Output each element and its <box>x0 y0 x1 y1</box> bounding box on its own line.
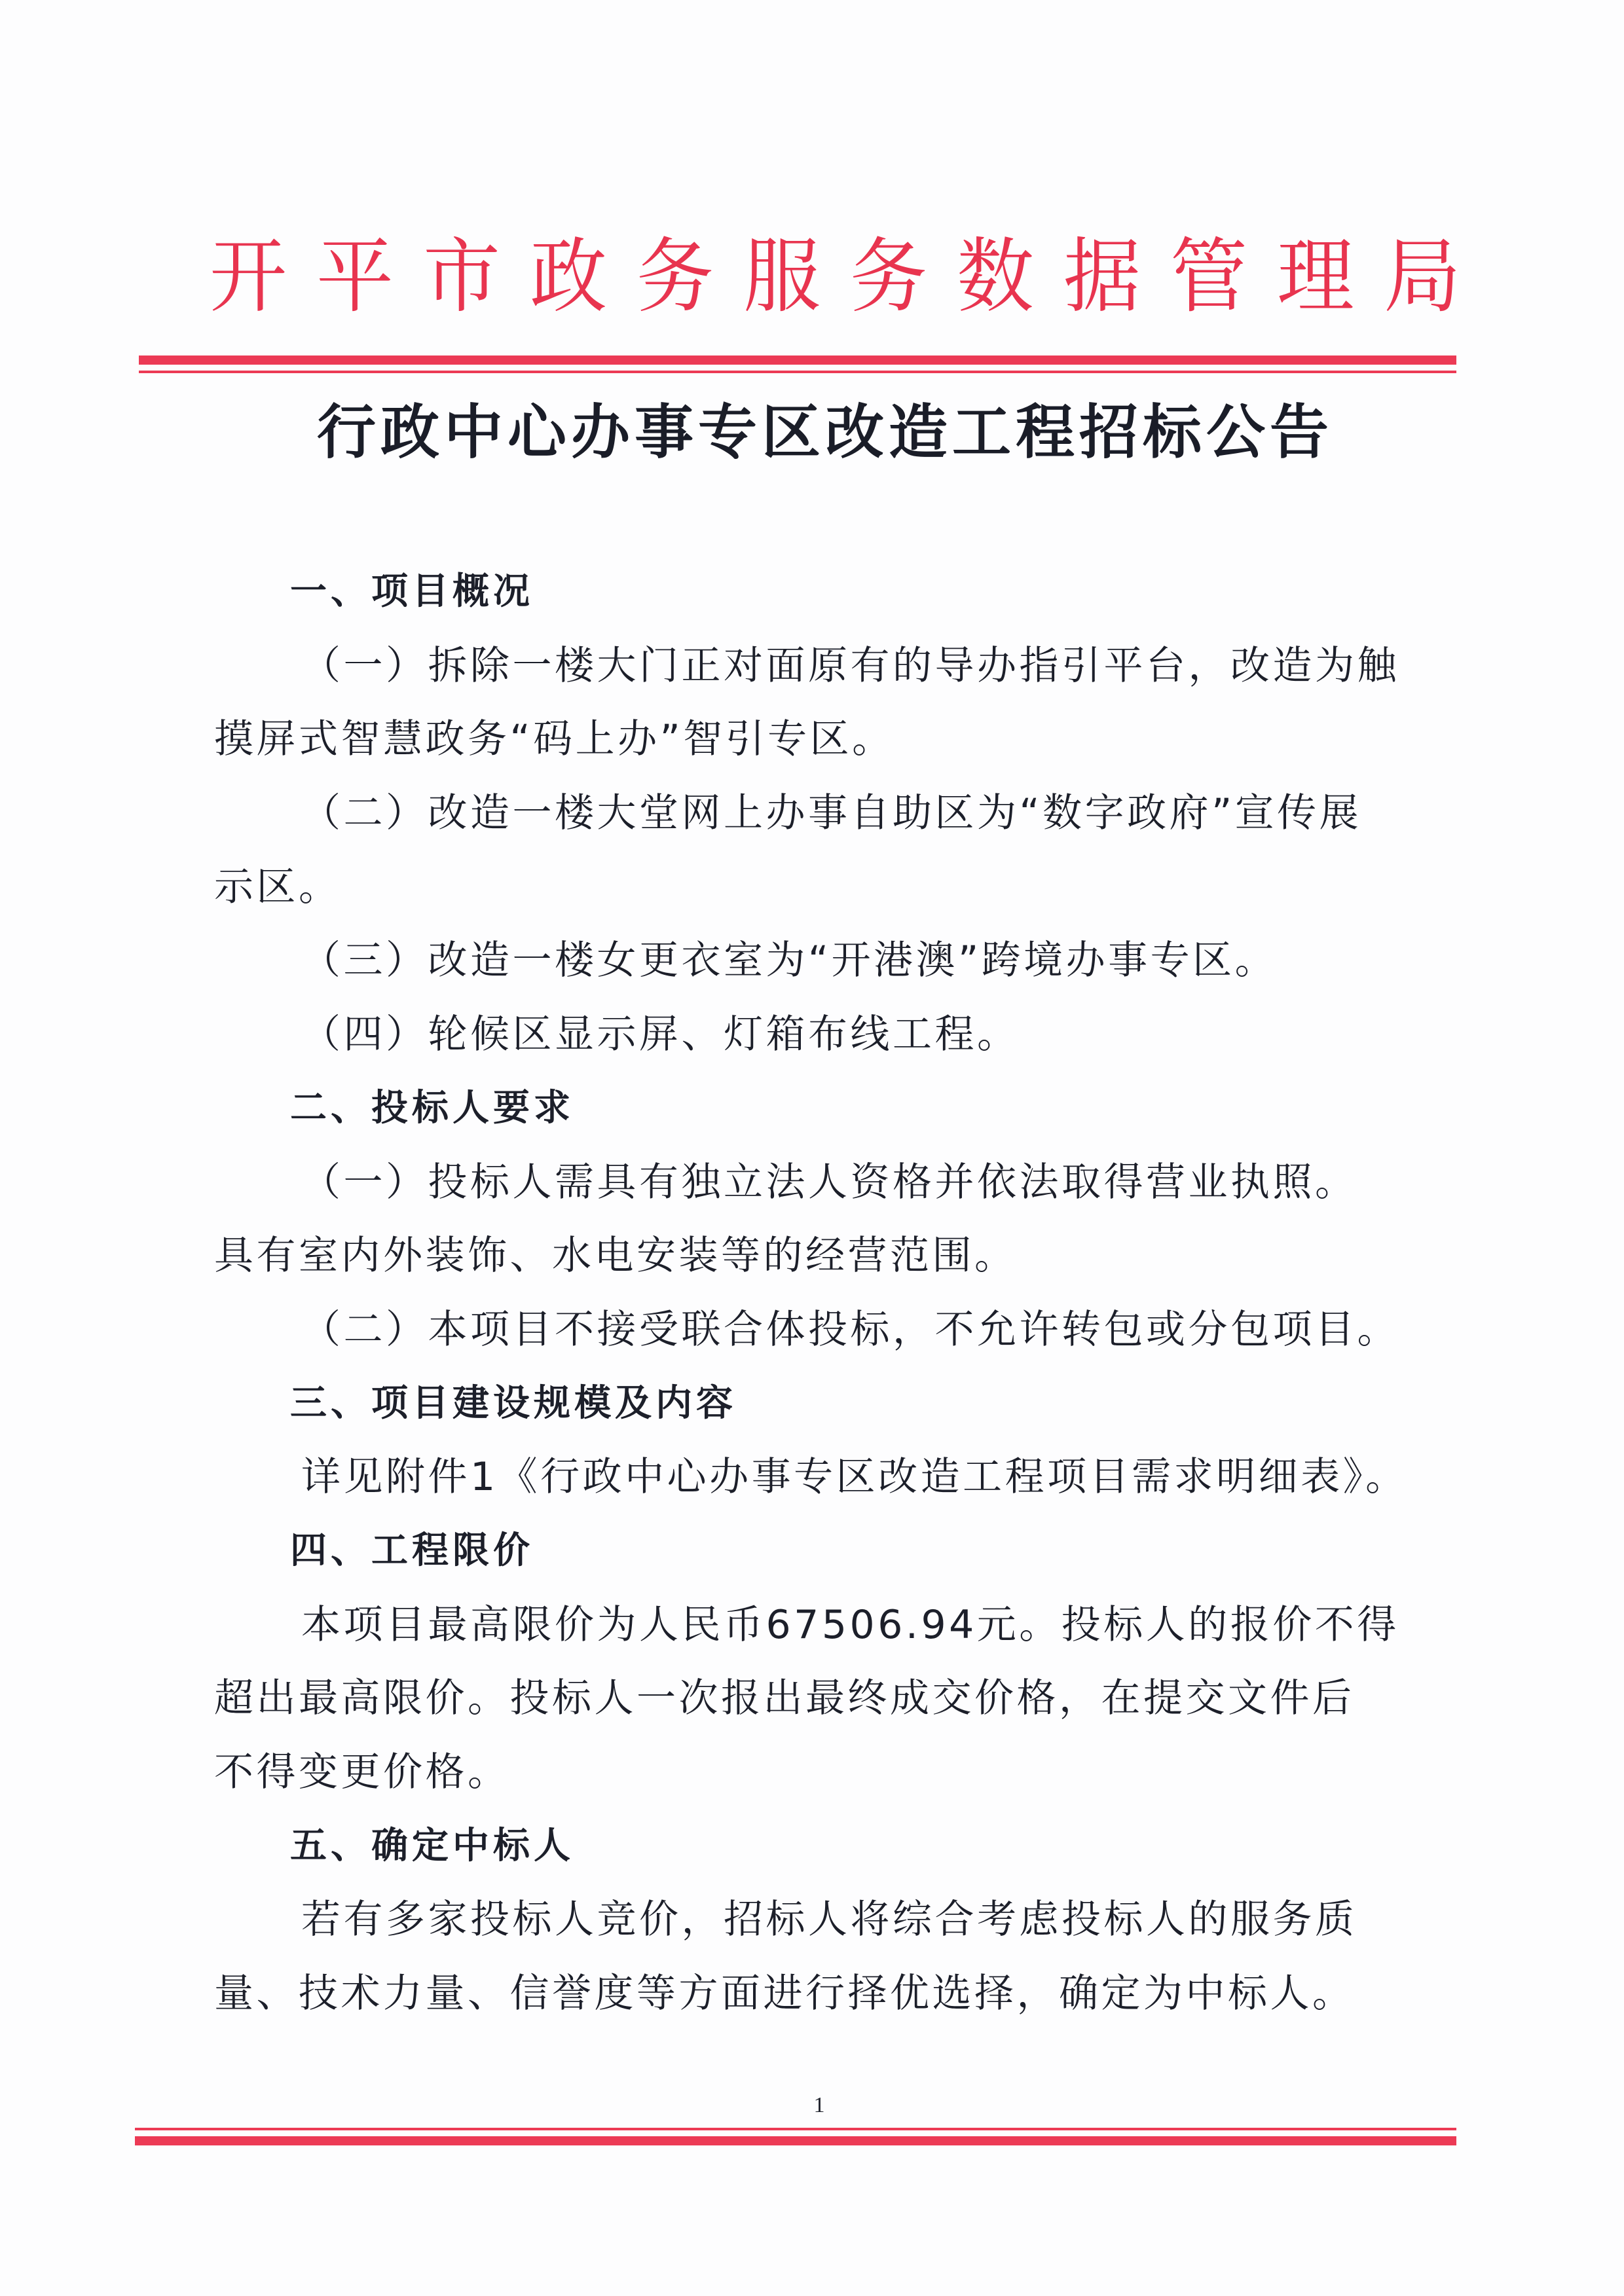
document-title: 行政中心办事专区改造工程招标公告 <box>317 396 1312 468</box>
paragraph-line: （二）本项目不接受联合体投标，不允许转包或分包项目。 <box>214 1293 1406 1367</box>
paragraph-line: （一）投标人需具有独立法人资格并依法取得营业执照。 <box>214 1146 1406 1220</box>
organization-header: 开平市政务服务数据管理局 <box>210 228 1401 325</box>
paragraph-line: 摸屏式智慧政务“码上办”智引专区。 <box>214 702 1406 776</box>
document-body: 一、项目概况 （一）拆除一楼大门正对面原有的导办指引平台，改造为触 摸屏式智慧政… <box>214 555 1406 2031</box>
paragraph-line: 若有多家投标人竞价，招标人将综合考虑投标人的服务质 <box>214 1883 1406 1957</box>
header-thin-red-rule <box>139 371 1456 373</box>
header-thick-red-rule <box>139 355 1456 365</box>
paragraph-line: （四）轮候区显示屏、灯箱布线工程。 <box>214 998 1406 1072</box>
document-page: 开平市政务服务数据管理局 行政中心办事专区改造工程招标公告 一、项目概况 （一）… <box>0 0 1624 2296</box>
section-heading-bidder-requirements: 二、投标人要求 <box>214 1072 1406 1146</box>
paragraph-line: 本项目最高限价为人民币67506.94元。投标人的报价不得 <box>214 1588 1406 1662</box>
section-heading-scope: 三、项目建设规模及内容 <box>214 1367 1406 1441</box>
paragraph-line: （二）改造一楼大堂网上办事自助区为“数字政府”宣传展 <box>214 776 1406 850</box>
page-number: 1 <box>809 2092 829 2119</box>
section-heading-price-limit: 四、工程限价 <box>214 1514 1406 1588</box>
paragraph-line: （一）拆除一楼大门正对面原有的导办指引平台，改造为触 <box>214 629 1406 703</box>
section-heading-overview: 一、项目概况 <box>214 555 1406 629</box>
section-heading-winning-bidder: 五、确定中标人 <box>214 1810 1406 1884</box>
paragraph-line: （三）改造一楼女更衣室为“开港澳”跨境办事专区。 <box>214 924 1406 998</box>
paragraph-line: 不得变更价格。 <box>214 1736 1406 1810</box>
paragraph-line: 超出最高限价。投标人一次报出最终成交价格，在提交文件后 <box>214 1662 1406 1736</box>
paragraph-line: 具有室内外装饰、水电安装等的经营范围。 <box>214 1219 1406 1293</box>
paragraph-line: 示区。 <box>214 850 1406 924</box>
paragraph-line: 详见附件1《行政中心办事专区改造工程项目需求明细表》。 <box>214 1440 1406 1514</box>
paragraph-line: 量、技术力量、信誉度等方面进行择优选择，确定为中标人。 <box>214 1957 1406 2031</box>
footer-thin-red-rule <box>135 2128 1456 2130</box>
footer-thick-red-rule <box>135 2136 1456 2145</box>
